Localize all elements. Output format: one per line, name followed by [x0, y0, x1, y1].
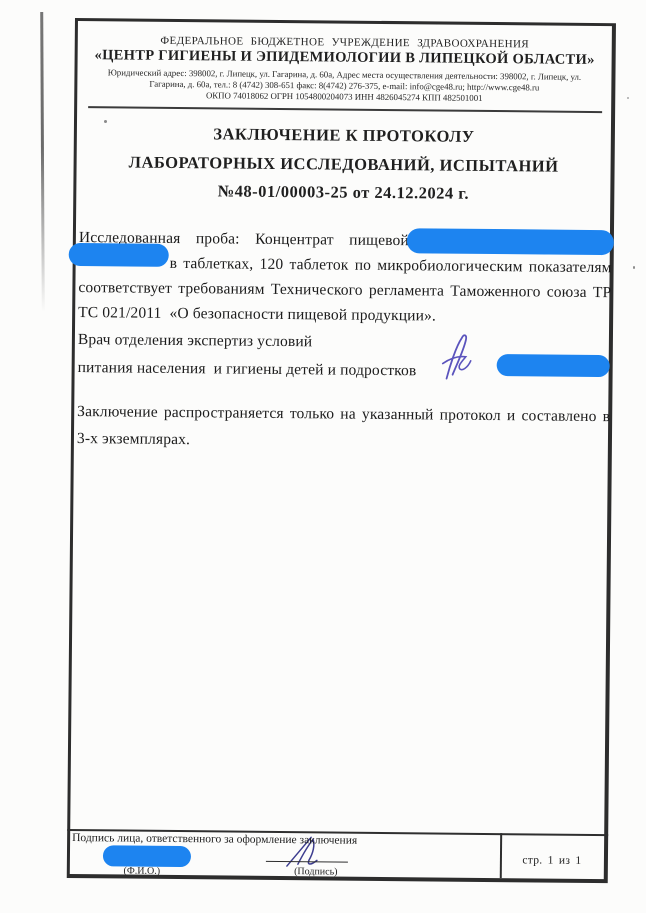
title-line-2: ЛАБОРАТОРНЫХ ИССЛЕДОВАНИЙ, ИСПЫТАНИЙ — [76, 148, 610, 182]
document-border-frame: ФЕДЕРАЛЬНОЕ БЮДЖЕТНОЕ УЧРЕЖДЕНИЕ ЗДРАВОО… — [67, 18, 616, 883]
letterhead-separator-line — [88, 106, 602, 113]
scan-speck — [627, 97, 629, 99]
scanned-document-page: ФЕДЕРАЛЬНОЕ БЮДЖЕТНОЕ УЧРЕЖДЕНИЕ ЗДРАВОО… — [0, 0, 646, 913]
copies-paragraph: Заключениераспространяетсятольконауказан… — [77, 398, 610, 457]
handwritten-signature-body — [437, 332, 481, 382]
letterhead: ФЕДЕРАЛЬНОЕ БЮДЖЕТНОЕ УЧРЕЖДЕНИЕ ЗДРАВОО… — [77, 34, 612, 106]
document-title: ЗАКЛЮЧЕНИЕ К ПРОТОКОЛУ ЛАБОРАТОРНЫХ ИССЛ… — [76, 119, 611, 210]
scan-edge-artifact — [40, 12, 45, 312]
organization-address: Юридический адрес: 398002, г. Липецк, ул… — [77, 67, 611, 106]
redaction-sample-name-2 — [69, 243, 169, 267]
redaction-footer-name — [103, 845, 191, 867]
page-number: стр. 1 из 1 — [500, 854, 604, 867]
footer-fio-label: (Ф.И.О.) — [110, 865, 174, 877]
redaction-signer-name — [497, 354, 610, 377]
paragraph-line: 3-х экземплярах. — [77, 425, 610, 457]
scan-speck — [633, 266, 635, 269]
paragraph-line: ТС 021/2011 «О безопасности пищевой прод… — [78, 300, 611, 330]
footer-signature-label: (Подпись) — [284, 866, 348, 878]
title-number-date: №48-01/00003-25 от 24.12.2024 г. — [76, 176, 610, 210]
redaction-sample-name-1 — [407, 228, 614, 255]
